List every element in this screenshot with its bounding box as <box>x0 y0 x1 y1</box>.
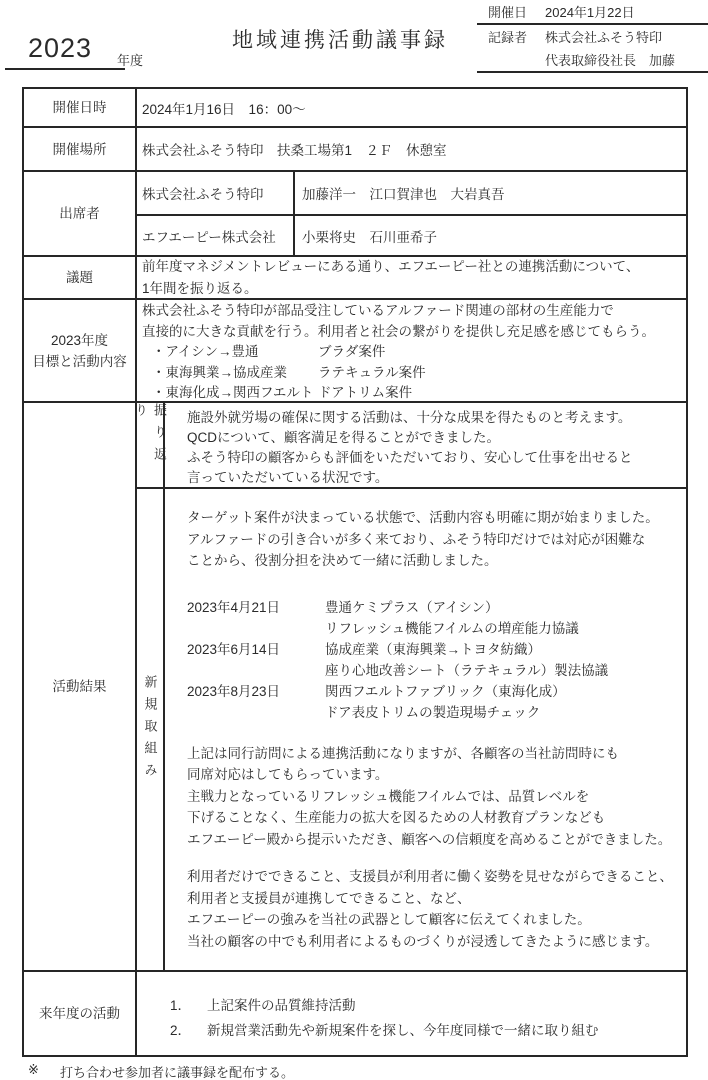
new-schedule: 2023年4月21日 豊通ケミプラス（アイシン） リフレッシュ機能フイルムの増産… <box>187 597 686 723</box>
new-para2-line-5: エフエーピー殿から提示いただき、顧客への信頼度を高めることができました。 <box>187 829 686 851</box>
goals-label: 2023年度 目標と活動内容 <box>24 300 137 401</box>
goals-bullet-1-route: ・アイシン→豊通 <box>152 342 314 363</box>
meta-divider-2 <box>477 71 708 73</box>
row-goals: 2023年度 目標と活動内容 株式会社ふそう特印が部品受注しているアルファード関… <box>24 300 686 403</box>
attendees-group-fuso: 株式会社ふそう特印 加藤洋一 江口賀津也 大岩真吾 <box>137 172 686 216</box>
results-review-subrow: 振り返り 施設外就労場の確保に関する活動は、十分な成果を得たものと考えます。 Q… <box>137 403 686 489</box>
meta-president-value: 代表取締役社長 加藤 <box>545 50 675 69</box>
row-place: 開催場所 株式会社ふそう特印 扶桑工場第1 ２Ｆ 休憩室 <box>24 128 686 172</box>
goals-bullet-2-route: ・東海興業→協成産業 <box>152 363 314 384</box>
new-intro-line-3: ことから、役割分担を決めて一緒に活動しました。 <box>187 550 686 572</box>
row-results: 活動結果 振り返り 施設外就労場の確保に関する活動は、十分な成果を得たものと考え… <box>24 403 686 972</box>
minutes-page: 2023 年度 地域連携活動議事録 開催日 2024年1月22日 記録者 株式会… <box>0 0 708 1080</box>
goals-label-line2: 目標と活動内容 <box>32 351 127 372</box>
next-year-item-1-number: 1． <box>170 993 207 1018</box>
new-initiatives-vertical-label: 新規取組み <box>137 489 165 970</box>
meta-row-date: 開催日 2024年1月22日 <box>477 0 708 23</box>
row-agenda: 議題 前年度マネジメントレビューにある通り、エフエーピー社との連携活動について、… <box>24 257 686 300</box>
schedule-entry-2: 2023年6月14日 協成産業（東海興業→トヨタ紡織） <box>187 639 686 660</box>
agenda-text: 前年度マネジメントレビューにある通り、エフエーピー社との連携活動について、 1年… <box>137 257 686 298</box>
datetime-value: 2024年1月16日 16：00～ <box>137 89 686 126</box>
schedule-3-date: 2023年8月23日 <box>187 681 325 702</box>
meta-recorder-label: 記録者 <box>488 27 545 46</box>
schedule-1-title: 豊通ケミプラス（アイシン） <box>325 597 499 618</box>
goals-bullet-2: ・東海興業→協成産業 ラテキュラル案件 <box>142 363 686 384</box>
schedule-2-detail: 座り心地改善シート（ラテキュラル）製法協議 <box>325 660 686 681</box>
schedule-entry-3: 2023年8月23日 関西フエルトファブリック（東海化成） <box>187 681 686 702</box>
goals-text: 株式会社ふそう特印が部品受注しているアルファード関連の部材の生産能力で 直接的に… <box>137 300 686 401</box>
new-para3-line-4: 当社の顧客の中でも利用者によるものづくりが浸透してきたように感じます。 <box>187 931 686 953</box>
new-intro-paragraph: ターゲット案件が決まっている状態で、活動内容も明確に期が始まりました。 アルファ… <box>187 507 686 572</box>
new-para2-line-4: 下げることなく、生産能力の拡大を図るための人材教育プランなども <box>187 807 686 829</box>
footer-note-text: 打ち合わせ参加者に議事録を配布する。 <box>60 1062 294 1080</box>
review-line-4: 言っていただいている状況です。 <box>187 468 686 488</box>
schedule-2-date: 2023年6月14日 <box>187 639 325 660</box>
goals-bullet-3: ・東海化成→関西フエルト ドアトリム案件 <box>142 383 686 404</box>
next-year-item-1-text: 上記案件の品質維持活動 <box>207 993 356 1018</box>
new-intro-line-1: ターゲット案件が決まっている状態で、活動内容も明確に期が始まりました。 <box>187 507 686 529</box>
review-vertical-label: 振り返り <box>137 403 165 487</box>
schedule-3-detail: ドア表皮トリムの製造現場チェック <box>325 702 686 723</box>
schedule-1-detail: リフレッシュ機能フイルムの増産能力協議 <box>325 618 686 639</box>
new-para3-line-1: 利用者だけでできること、支援員が利用者に働く姿勢を見せながらできること、 <box>187 866 686 888</box>
review-line-1: 施設外就労場の確保に関する活動は、十分な成果を得たものと考えます。 <box>187 408 686 428</box>
footer-note-mark: ※ <box>28 1062 60 1080</box>
agenda-line-2: 1年間を振り返る。 <box>142 278 686 300</box>
next-year-item-2-text: 新規営業活動先や新規案件を探し、今年度同様で一緒に取り組む <box>207 1018 599 1043</box>
goals-line-2: 直接的に大きな貢献を行う。利用者と社会の繋がりを提供し充足感を感じてもらう。 <box>142 322 686 343</box>
goals-line-1: 株式会社ふそう特印が部品受注しているアルファード関連の部材の生産能力で <box>142 301 686 322</box>
results-new-subrow: 新規取組み ターゲット案件が決まっている状態で、活動内容も明確に期が始まりました… <box>137 489 686 970</box>
meta-recorder-value: 株式会社ふそう特印 <box>545 27 662 46</box>
new-para2-line-3: 主戦力となっているリフレッシュ機能フイルムでは、品質レベルを <box>187 786 686 808</box>
row-next-year: 来年度の活動 1． 上記案件の品質維持活動 2． 新規営業活動先や新規案件を探し… <box>24 972 686 1055</box>
schedule-1-date: 2023年4月21日 <box>187 597 325 618</box>
next-year-item-2: 2． 新規営業活動先や新規案件を探し、今年度同様で一緒に取り組む <box>137 1018 686 1043</box>
attendees-company-2: エフエーピー株式会社 <box>137 216 295 255</box>
goals-bullet-2-case: ラテキュラル案件 <box>314 363 426 384</box>
schedule-entry-1: 2023年4月21日 豊通ケミプラス（アイシン） <box>187 597 686 618</box>
next-year-item-1: 1． 上記案件の品質維持活動 <box>137 993 686 1018</box>
new-para2: 上記は同行訪問による連携活動になりますが、各顧客の当社訪問時にも 同席対応はして… <box>187 743 686 851</box>
fiscal-year-underline <box>5 68 125 70</box>
meta-row-president: 代表取締役社長 加藤 <box>477 48 708 71</box>
new-initiatives-text: ターゲット案件が決まっている状態で、活動内容も明確に期が始まりました。 アルファ… <box>165 489 686 970</box>
new-intro-line-2: アルファードの引き合いが多く来ており、ふそう特印だけでは対応が困難な <box>187 529 686 551</box>
review-line-2: QCDについて、顧客満足を得ることができました。 <box>187 428 686 448</box>
goals-bullet-3-case: ドアトリム案件 <box>314 383 412 404</box>
meta-date-value: 2024年1月22日 <box>545 2 635 21</box>
place-label: 開催場所 <box>24 128 137 170</box>
new-para3: 利用者だけでできること、支援員が利用者に働く姿勢を見せながらできること、 利用者… <box>187 866 686 952</box>
goals-bullet-1: ・アイシン→豊通 ブラダ案件 <box>142 342 686 363</box>
place-value: 株式会社ふそう特印 扶桑工場第1 ２Ｆ 休憩室 <box>137 128 686 170</box>
results-label: 活動結果 <box>24 403 137 970</box>
next-year-label: 来年度の活動 <box>24 972 137 1055</box>
minutes-table: 開催日時 2024年1月16日 16：00～ 開催場所 株式会社ふそう特印 扶桑… <box>22 87 688 1057</box>
attendees-names-1: 加藤洋一 江口賀津也 大岩真吾 <box>295 172 686 214</box>
new-para3-line-3: エフエーピーの強みを当社の武器として顧客に伝えてくれました。 <box>187 909 686 931</box>
attendees-group-fap: エフエーピー株式会社 小栗将史 石川亜希子 <box>137 216 686 255</box>
agenda-line-1: 前年度マネジメントレビューにある通り、エフエーピー社との連携活動について、 <box>142 256 686 278</box>
schedule-2-title: 協成産業（東海興業→トヨタ紡織） <box>325 639 541 660</box>
footer-note: ※ 打ち合わせ参加者に議事録を配布する。 <box>28 1062 294 1080</box>
review-line-3: ふそう特印の顧客からも評価をいただいており、安心して仕事を出せると <box>187 448 686 468</box>
next-year-item-2-number: 2． <box>170 1018 207 1043</box>
datetime-label: 開催日時 <box>24 89 137 126</box>
review-text: 施設外就労場の確保に関する活動は、十分な成果を得たものと考えます。 QCDについ… <box>165 403 686 487</box>
goals-bullet-3-route: ・東海化成→関西フエルト <box>152 383 314 404</box>
meta-date-label: 開催日 <box>488 2 545 21</box>
row-attendees: 出席者 株式会社ふそう特印 加藤洋一 江口賀津也 大岩真吾 エフエーピー株式会社… <box>24 172 686 257</box>
new-para2-line-2: 同席対応はしてもらっています。 <box>187 764 686 786</box>
row-datetime: 開催日時 2024年1月16日 16：00～ <box>24 89 686 128</box>
attendees-label: 出席者 <box>24 172 137 255</box>
new-para3-line-2: 利用者と支援員が連携してできること、など、 <box>187 888 686 910</box>
meta-row-recorder: 記録者 株式会社ふそう特印 <box>477 25 708 48</box>
new-para2-line-1: 上記は同行訪問による連携活動になりますが、各顧客の当社訪問時にも <box>187 743 686 765</box>
goals-label-line1: 2023年度 <box>51 330 108 351</box>
agenda-label: 議題 <box>24 257 137 298</box>
attendees-names-2: 小栗将史 石川亜希子 <box>295 216 686 255</box>
header-meta-block: 開催日 2024年1月22日 記録者 株式会社ふそう特印 代表取締役社長 加藤 <box>477 0 708 73</box>
next-year-items: 1． 上記案件の品質維持活動 2． 新規営業活動先や新規案件を探し、今年度同様で… <box>137 972 686 1055</box>
attendees-company-1: 株式会社ふそう特印 <box>137 172 295 214</box>
goals-bullet-1-case: ブラダ案件 <box>314 342 385 363</box>
schedule-3-title: 関西フエルトファブリック（東海化成） <box>325 681 566 702</box>
